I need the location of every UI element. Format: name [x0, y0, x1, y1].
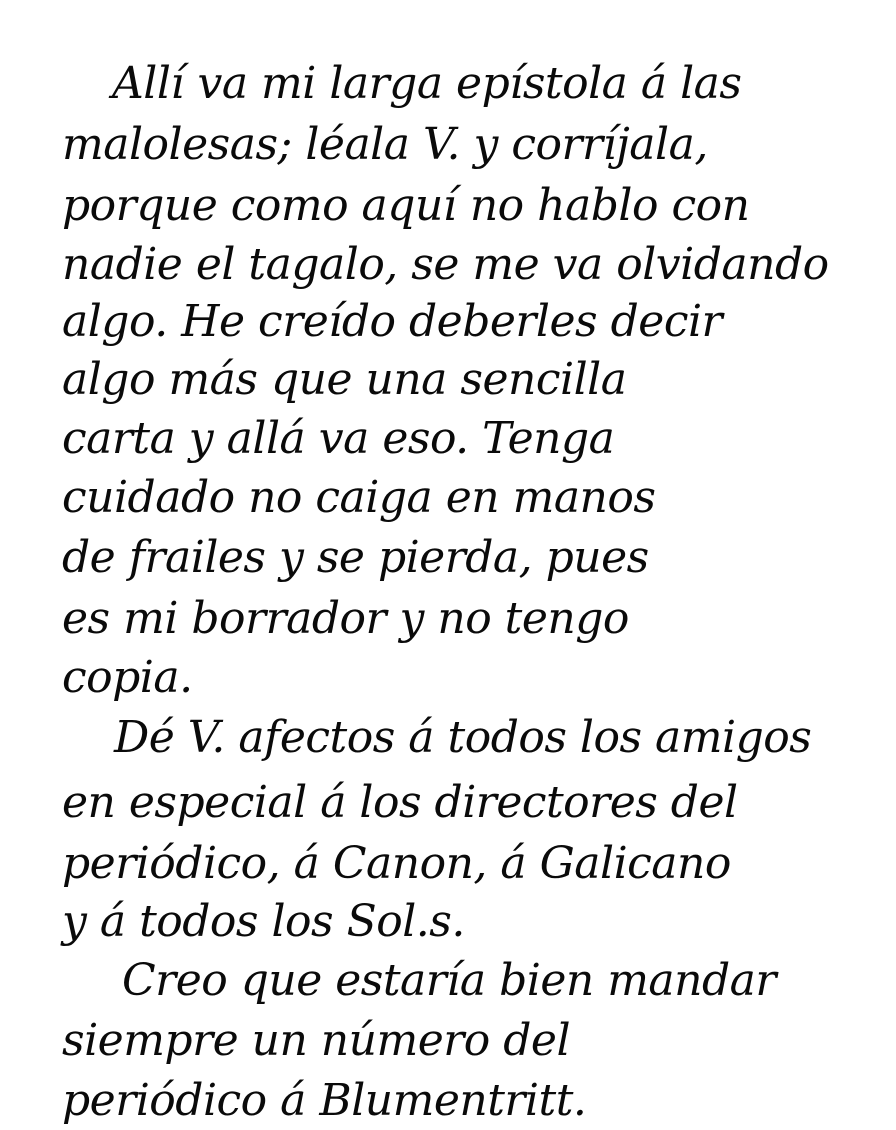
letter-line-17: siempre un número del: [62, 1015, 570, 1066]
letter-line-8: cuidado no caiga en manos: [62, 472, 655, 523]
letter-line-13: en especial á los directores del: [62, 777, 738, 828]
letter-line-7: carta y allá va eso. Tenga: [62, 413, 614, 464]
letter-page: Allí va mi larga epístola á las malolesa…: [0, 0, 896, 1130]
letter-line-10: es mi borrador y no tengo: [62, 593, 629, 644]
letter-line-12: Dé V. afectos á todos los amigos: [114, 712, 811, 763]
letter-line-11: copia.: [62, 652, 193, 703]
letter-line-4: nadie el tagalo, se me va olvidando: [62, 239, 829, 290]
letter-line-15: y á todos los Sol.s.: [62, 896, 465, 947]
letter-line-5: algo. He creído deberles decir: [62, 296, 722, 347]
letter-line-18: periódico á Blumentritt.: [62, 1075, 586, 1126]
letter-line-16: Creo que estaría bien mandar: [122, 955, 776, 1006]
letter-line-1: Allí va mi larga epístola á las: [112, 58, 741, 109]
letter-line-6: algo más que una sencilla: [62, 354, 626, 405]
letter-line-9: de frailes y se pierda, pues: [62, 532, 649, 583]
letter-line-14: periódico, á Canon, á Galicano: [62, 838, 731, 889]
letter-line-2: malolesas; léala V. y corríjala,: [62, 119, 708, 170]
letter-line-3: porque como aquí no hablo con: [62, 180, 749, 231]
